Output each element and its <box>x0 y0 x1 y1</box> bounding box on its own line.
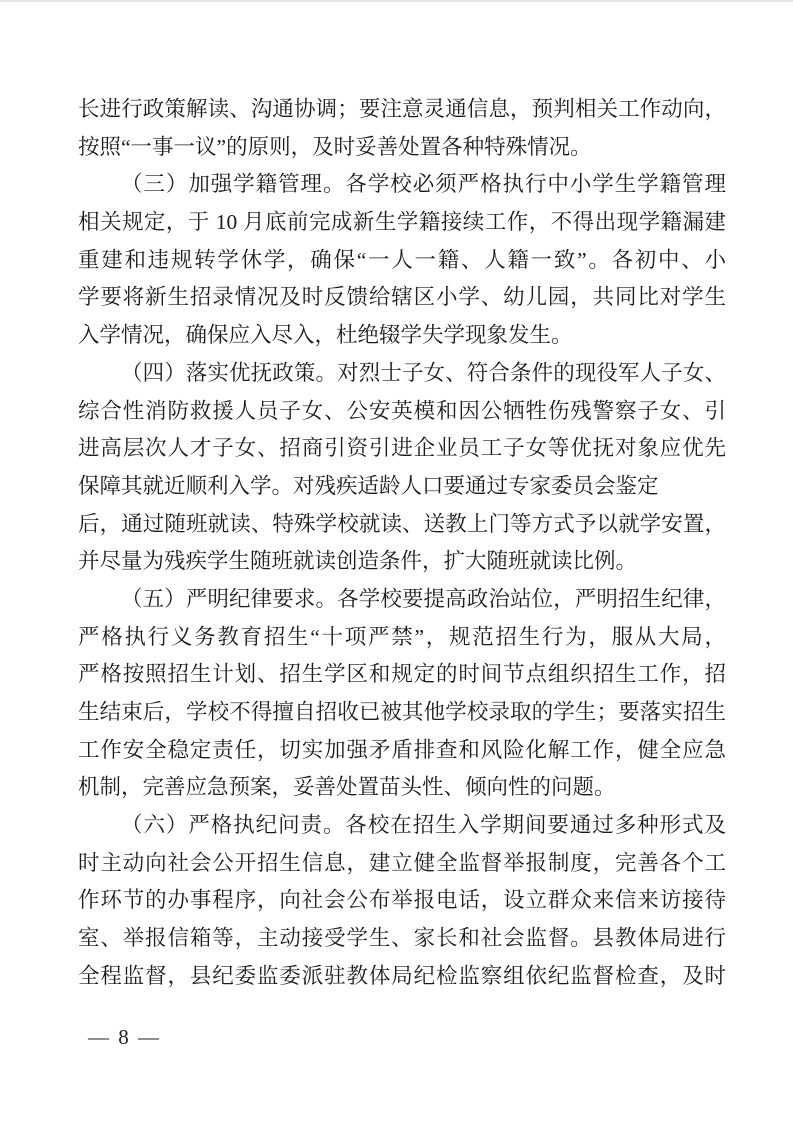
text-line: 并尽量为残疾学生随班就读创造条件，扩大随班就读比例。 <box>78 543 726 581</box>
paragraph: （五）严明纪律要求。各学校要提高政治站位，严明招生纪律，严格执行义务教育招生“十… <box>78 581 726 807</box>
text-line: 严格执行义务教育招生“十项严禁”，规范招生行为，服从大局， <box>78 619 726 657</box>
text-line: 长进行政策解读、沟通协调；要注意灵通信息，预判相关工作动向， <box>78 91 726 129</box>
text-line: 严格按照招生计划、招生学区和规定的时间节点组织招生工作，招 <box>78 656 726 694</box>
page-number: — 8 — <box>88 1025 161 1049</box>
text-line: （五）严明纪律要求。各学校要提高政治站位，严明招生纪律， <box>78 581 726 619</box>
text-line: 综合性消防救援人员子女、公安英模和因公牺牲伤残警察子女、引 <box>78 393 726 431</box>
text-line: 作环节的办事程序，向社会公布举报电话，设立群众来信来访接待 <box>78 882 726 920</box>
text-line: 工作安全稳定责任，切实加强矛盾排查和风险化解工作，健全应急 <box>78 732 726 770</box>
text-line: （四）落实优抚政策。对烈士子女、符合条件的现役军人子女、 <box>78 355 726 393</box>
paragraph: （三）加强学籍管理。各学校必须严格执行中小学生学籍管理相关规定，于 10 月底前… <box>78 166 726 354</box>
text-line: 重建和违规转学休学，确保“一人一籍、人籍一致”。各初中、小 <box>78 242 726 280</box>
text-line: 生结束后，学校不得擅自招收已被其他学校录取的学生；要落实招生 <box>78 694 726 732</box>
text-line: （三）加强学籍管理。各学校必须严格执行中小学生学籍管理 <box>78 166 726 204</box>
text-line: 后，通过随班就读、特殊学校就读、送教上门等方式予以就学安置， <box>78 506 726 544</box>
text-line: （六）严格执纪问责。各校在招生入学期间要通过多种形式及 <box>78 807 726 845</box>
document-body: 长进行政策解读、沟通协调；要注意灵通信息，预判相关工作动向，按照“一事一议”的原… <box>78 91 726 996</box>
text-line: 时主动向社会公开招生信息，建立健全监督举报制度，完善各个工 <box>78 845 726 883</box>
text-line: 机制，完善应急预案，妥善处置苗头性、倾向性的问题。 <box>78 769 726 807</box>
paragraph: （四）落实优抚政策。对烈士子女、符合条件的现役军人子女、综合性消防救援人员子女、… <box>78 355 726 581</box>
text-line: 进高层次人才子女、招商引资引进企业员工子女等优抚对象应优先 <box>78 430 726 468</box>
text-line: 按照“一事一议”的原则，及时妥善处置各种特殊情况。 <box>78 129 726 167</box>
page-footer: — 8 — <box>88 1024 161 1050</box>
paragraph: 长进行政策解读、沟通协调；要注意灵通信息，预判相关工作动向，按照“一事一议”的原… <box>78 91 726 166</box>
document-page: 长进行政策解读、沟通协调；要注意灵通信息，预判相关工作动向，按照“一事一议”的原… <box>0 0 793 1122</box>
text-line: 室、举报信箱等，主动接受学生、家长和社会监督。县教体局进行 <box>78 920 726 958</box>
text-line: 相关规定，于 10 月底前完成新生学籍接续工作，不得出现学籍漏建 <box>78 204 726 242</box>
text-line: 保障其就近顺利入学。对残疾适龄人口要通过专家委员会鉴定 <box>78 468 726 506</box>
text-line: 全程监督，县纪委监委派驻教体局纪检监察组依纪监督检查，及时 <box>78 958 726 996</box>
paragraph: （六）严格执纪问责。各校在招生入学期间要通过多种形式及时主动向社会公开招生信息，… <box>78 807 726 995</box>
scan-edge-artifact <box>0 0 793 2</box>
text-line: 入学情况，确保应入尽入，杜绝辍学失学现象发生。 <box>78 317 726 355</box>
text-line: 学要将新生招录情况及时反馈给辖区小学、幼儿园，共同比对学生 <box>78 279 726 317</box>
